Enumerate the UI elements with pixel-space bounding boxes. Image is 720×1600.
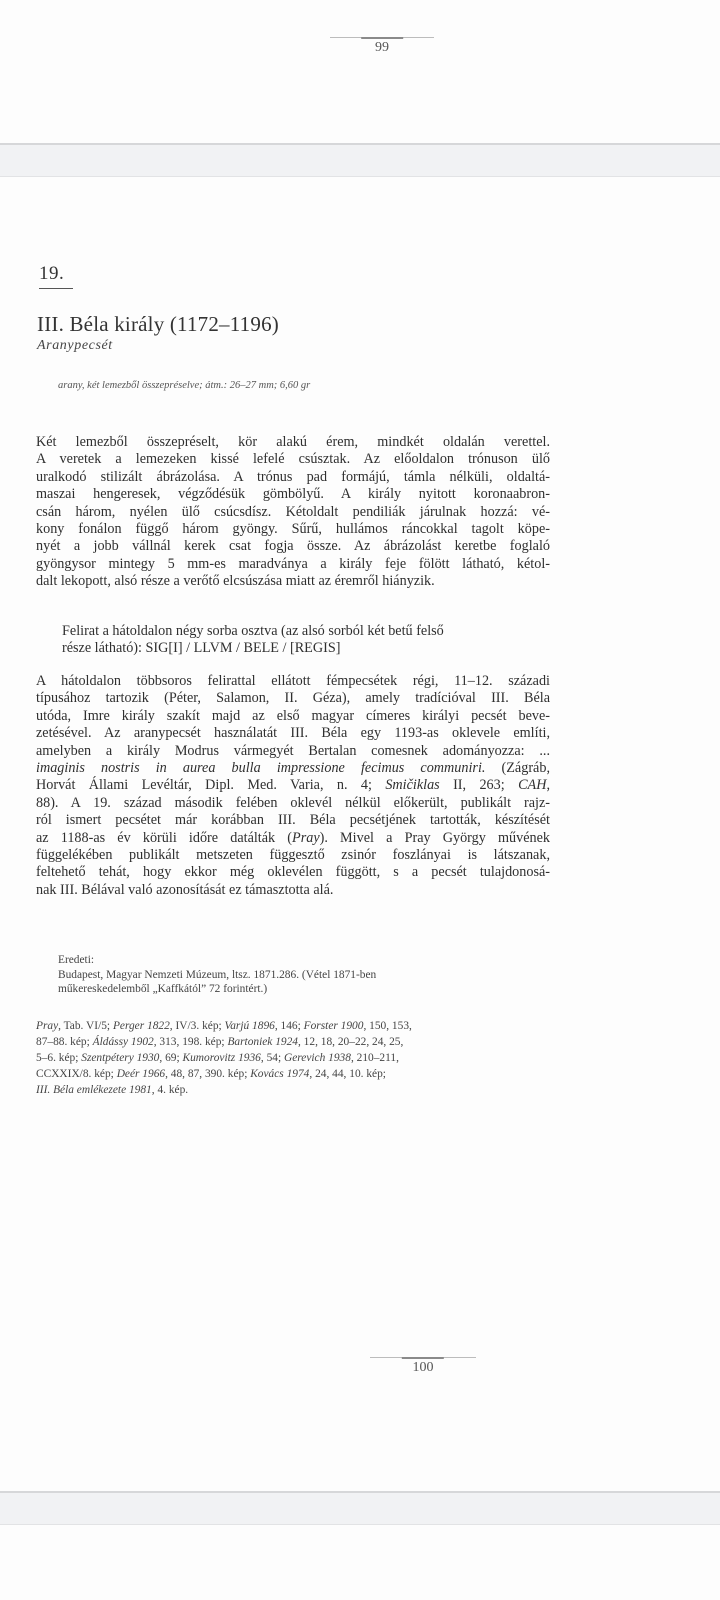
bibliography-citation: Áldássy 1902 — [93, 1036, 154, 1048]
text-line: függelékében publikált metszeten függesz… — [36, 847, 550, 864]
bibliography-line: Pray, Tab. VI/5; Perger 1822, IV/3. kép;… — [36, 1018, 516, 1034]
text-span: CCXXIX/8. kép; — [36, 1068, 117, 1080]
text-line: típusához tartozik (Péter, Salamon, II. … — [36, 690, 550, 707]
text-span: (Zágráb, — [485, 760, 550, 776]
page-number-bottom: 100 — [370, 1357, 476, 1376]
text-line: része látható): SIG[I] / LLVM / BELE / [… — [62, 640, 552, 657]
next-page — [0, 1525, 720, 1600]
text-line: A veretek a lemezeken kissé lefelé csúsz… — [36, 451, 550, 468]
bibliography-citation: Gerevich 1938 — [284, 1052, 351, 1064]
bibliography-line: 5–6. kép; Szentpétery 1930, 69; Kumorovi… — [36, 1050, 516, 1066]
text-span: , 4. kép. — [152, 1084, 188, 1096]
entry-title: III. Béla király (1172–1196) — [37, 312, 279, 337]
commentary-paragraph: A hátoldalon többsoros felirattal elláto… — [36, 673, 550, 899]
inscription-paragraph: Felirat a hátoldalon négy sorba osztva (… — [62, 623, 552, 658]
text-span: ). Mivel a Pray György művének — [320, 830, 550, 846]
text-line: csán három, nyélen ülő csúcsdísz. Kétold… — [36, 504, 550, 521]
object-specs: arany, két lemezből összepréselve; átm.:… — [58, 380, 310, 391]
original-label: Eredeti: — [58, 953, 498, 968]
text-line: nak III. Bélával való azonosítását ez tá… — [36, 882, 550, 899]
text-line: kony fonálon függő három gyöngy. Sűrű, h… — [36, 521, 550, 538]
text-span: , 313, 198. kép; — [154, 1036, 228, 1048]
page-number-99: 99 — [375, 40, 389, 55]
text-line: zetésével. Az aranypecsét használatát II… — [36, 725, 550, 742]
bibliography-citation: Bartoniek 1924 — [227, 1036, 298, 1048]
bibliography-citation: Varjú 1896 — [225, 1020, 275, 1032]
entry-subtitle: Aranypecsét — [37, 338, 113, 354]
text-span: az 1188-as év körüli időre datálták ( — [36, 830, 292, 846]
page-separator — [0, 1491, 720, 1525]
text-span: , 210–211, — [351, 1052, 399, 1064]
text-span: II, 263; — [440, 777, 518, 793]
text-line: az 1188-as év körüli időre datálták (Pra… — [36, 830, 550, 847]
previous-page: 99 — [0, 0, 720, 143]
citation-pray: Pray — [292, 830, 320, 846]
text-span: , — [546, 777, 550, 793]
folio-rule — [330, 37, 434, 38]
text-line: Felirat a hátoldalon négy sorba osztva (… — [62, 623, 552, 640]
folio-rule — [370, 1357, 476, 1358]
bibliography-citation: Forster 1900 — [304, 1020, 364, 1032]
bibliography-citation: Kovács 1974 — [250, 1068, 309, 1080]
text-span: , 54; — [261, 1052, 284, 1064]
citation-smiciklas: Smičiklas — [385, 777, 439, 793]
original-location: Eredeti: Budapest, Magyar Nemzeti Múzeum… — [58, 953, 498, 997]
text-line: utóda, Imre király szakít majd az első m… — [36, 708, 550, 725]
text-line: Budapest, Magyar Nemzeti Múzeum, ltsz. 1… — [58, 968, 498, 983]
bibliography-citation: Pray — [36, 1020, 58, 1032]
citation-cah: CAH — [518, 777, 546, 793]
bibliography-line: CCXXIX/8. kép; Deér 1966, 48, 87, 390. k… — [36, 1066, 516, 1082]
text-line: nyét a jobb vállnál kerek csat fogja öss… — [36, 538, 550, 555]
bibliography: Pray, Tab. VI/5; Perger 1822, IV/3. kép;… — [36, 1018, 516, 1098]
text-line: maszai hengeresek, végződésük gömbölyű. … — [36, 486, 550, 503]
text-line: dalt lekopott, alsó része a verőtő elcsú… — [36, 573, 550, 590]
bibliography-line: III. Béla emlékezete 1981, 4. kép. — [36, 1082, 516, 1098]
text-span: , 146; — [275, 1020, 304, 1032]
text-line: A hátoldalon többsoros felirattal elláto… — [36, 673, 550, 690]
text-line: műkereskedelemből „Kaffkától” 72 forinté… — [58, 982, 498, 997]
text-line: uralkodó stilizált ábrázolása. A trónus … — [36, 469, 550, 486]
page-number-100: 100 — [413, 1360, 434, 1375]
page-separator — [0, 143, 720, 177]
text-span: , IV/3. kép; — [170, 1020, 225, 1032]
text-span: , 12, 18, 20–22, 24, 25, — [298, 1036, 403, 1048]
text-span: 87–88. kép; — [36, 1036, 93, 1048]
text-line: imaginis nostris in aurea bulla impressi… — [36, 760, 550, 777]
bibliography-citation: Kumorovitz 1936 — [183, 1052, 261, 1064]
text-span: , 69; — [159, 1052, 182, 1064]
bibliography-citation: Deér 1966 — [117, 1068, 165, 1080]
text-line: Két lemezből összepréselt, kör alakú ére… — [36, 434, 550, 451]
text-span: Horvát Állami Levéltár, Dipl. Med. Varia… — [36, 777, 385, 793]
text-span: , 24, 44, 10. kép; — [309, 1068, 386, 1080]
text-span: 5–6. kép; — [36, 1052, 81, 1064]
text-line: gyöngysor mintegy 5 mm-es maradványa a k… — [36, 556, 550, 573]
text-line: feltehető tehát, hogy ekkor még oklevéle… — [36, 864, 550, 881]
bibliography-line: 87–88. kép; Áldássy 1902, 313, 198. kép;… — [36, 1034, 516, 1050]
text-span: , 150, 153, — [363, 1020, 411, 1032]
bibliography-citation: Perger 1822 — [113, 1020, 170, 1032]
text-line: 88). A 19. század második felében oklevé… — [36, 795, 550, 812]
page-number-top: 99 — [330, 37, 434, 56]
description-paragraph: Két lemezből összepréselt, kör alakú ére… — [36, 434, 550, 591]
bibliography-citation: Szentpétery 1930 — [81, 1052, 159, 1064]
bibliography-citation: III. Béla emlékezete 1981 — [36, 1084, 152, 1096]
text-line: amelyben a király Modrus vármegyét Berta… — [36, 743, 550, 760]
text-span: , Tab. VI/5; — [58, 1020, 113, 1032]
latin-quote: imaginis nostris in aurea bulla impressi… — [36, 760, 485, 776]
text-line: Horvát Állami Levéltár, Dipl. Med. Varia… — [36, 777, 550, 794]
text-line: ról ismert pecsétet már korábban III. Bé… — [36, 812, 550, 829]
entry-number: 19. — [39, 263, 73, 289]
text-span: , 48, 87, 390. kép; — [165, 1068, 250, 1080]
